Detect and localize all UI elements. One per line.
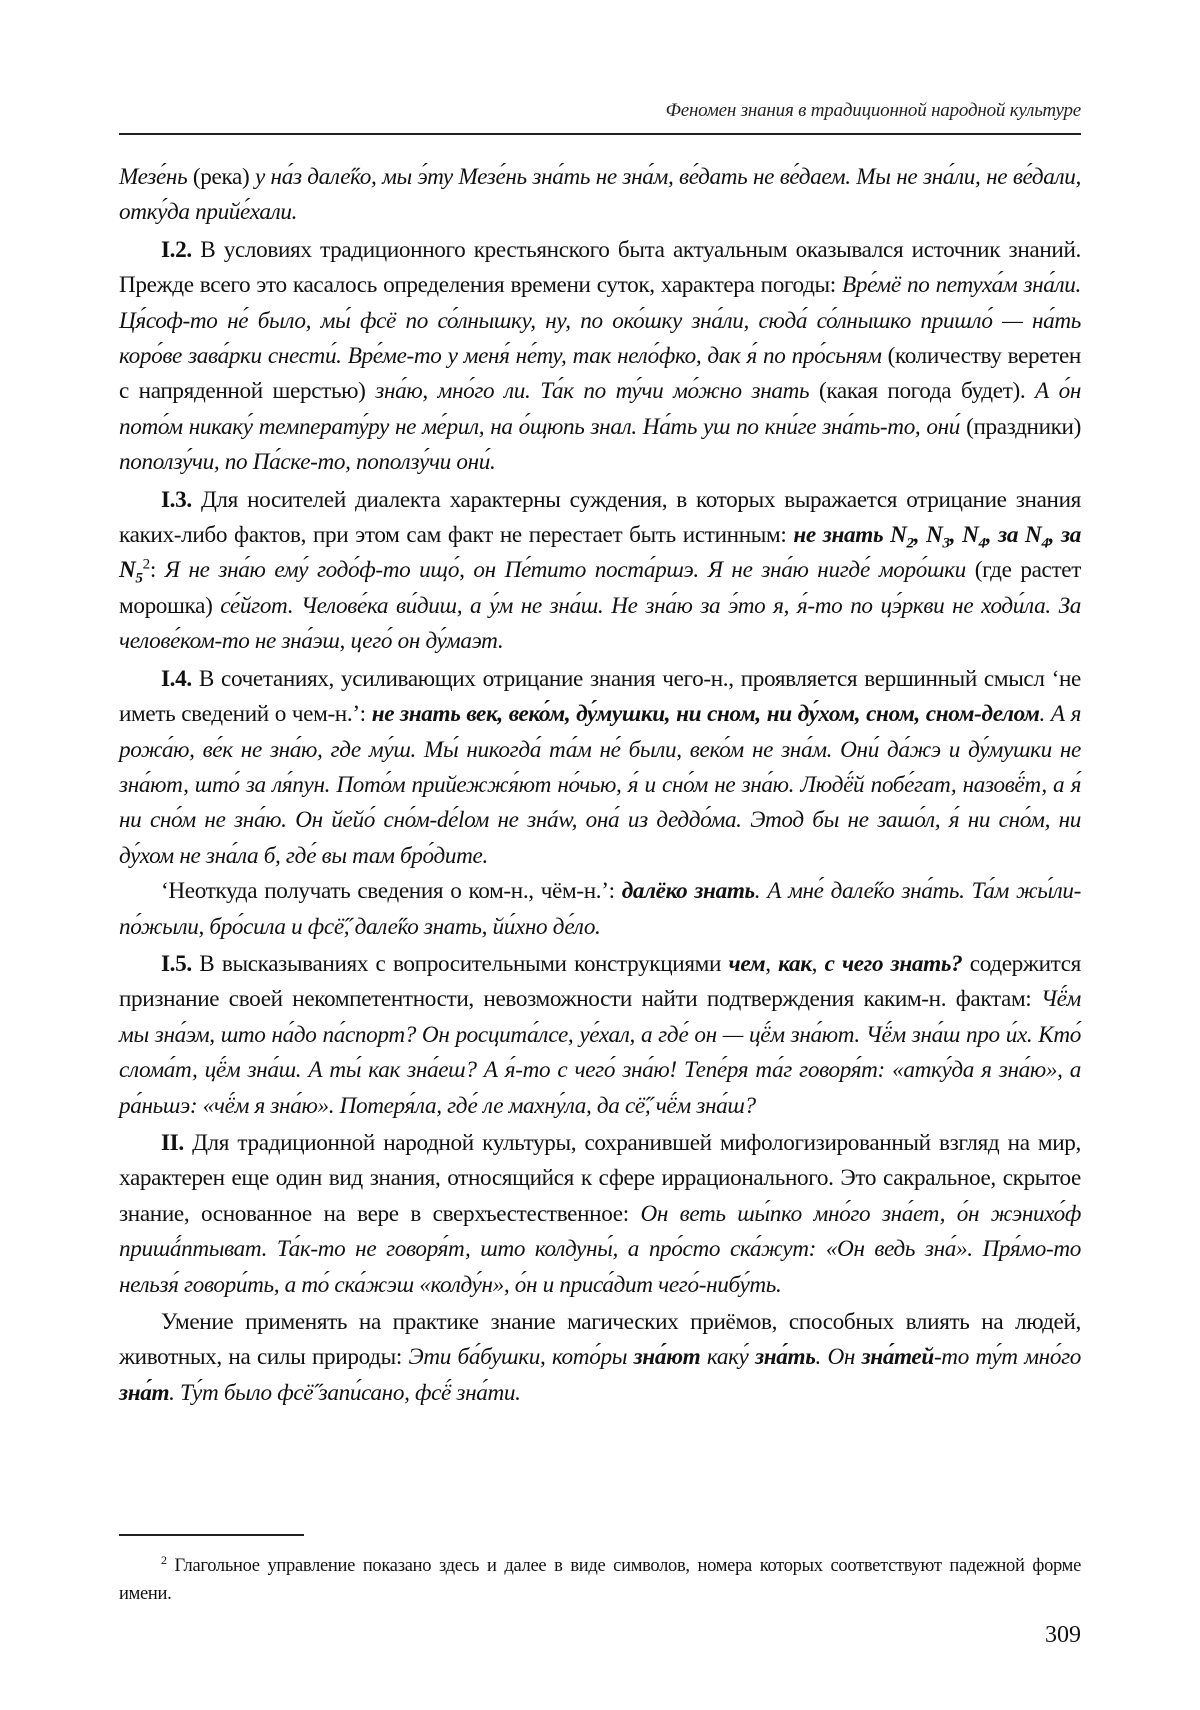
dialect-example: Я не зна́ю ему́ годо́ф-то ищо́, он Пе́ти… — [165, 557, 966, 583]
emphasis-term: далёко знать — [622, 878, 755, 904]
emphasis-term: с чего знать? — [825, 951, 963, 977]
dialect-example: у на́з дале̋ко, мы э́ту Мезе́нь зна́ть н… — [119, 164, 1081, 225]
dialect-example: . Ту́т было фсё̋ запи́сано, фсё́ зна́ти. — [169, 1380, 520, 1406]
emphasis-term: I.3. — [161, 487, 192, 513]
emphasis-term: I.5. — [161, 951, 192, 977]
text-run: , — [765, 951, 778, 977]
emphasis-term: как — [778, 951, 811, 977]
footnote-rule — [119, 1534, 304, 1536]
running-header: Феномен знания в традиционной народной к… — [666, 100, 1081, 122]
paragraph-definition: ‘Неоткуда получать сведения о ком-н., чё… — [119, 874, 1081, 945]
emphasis-term: 3 — [943, 536, 950, 552]
paragraph-section-1-3: I.3. Для носителей диалекта характерны с… — [119, 483, 1081, 660]
emphasis-term: не знать век, веко́м, ду́мушки, ни сном,… — [372, 701, 1040, 727]
dialect-example: Эти ба́бушки, кото́ры — [409, 1344, 634, 1370]
text-run: (какая погода будет). — [809, 378, 1035, 404]
dialect-example: Мезе́нь — [119, 164, 187, 190]
footnote-text: Глагольное управление показано здесь и д… — [119, 1556, 1081, 1604]
text-run: В высказываниях с вопросительными констр… — [192, 951, 729, 977]
paragraph-continuation: Мезе́нь (река) у на́з дале̋ко, мы э́ту М… — [119, 160, 1081, 231]
emphasis-term: зна́тей — [862, 1344, 934, 1370]
emphasis-term: I.4. — [161, 666, 192, 692]
dialect-example: поползу́чи, по Па́ске-то, поползу́чи они… — [119, 449, 495, 475]
paragraph-magic-skills: Умение применять на практике знание маги… — [119, 1305, 1081, 1411]
dialect-example: зна́ю, мно́го ли. Та́к по ту́чи мо́жно з… — [375, 378, 809, 404]
emphasis-term: не знать N — [793, 522, 906, 548]
emphasis-term: 4 — [979, 536, 986, 552]
emphasis-term: 4 — [1041, 536, 1048, 552]
emphasis-term: зна́ть — [755, 1344, 815, 1370]
emphasis-term: зна́ют — [634, 1344, 701, 1370]
text-run: (река) — [187, 164, 255, 190]
text-run: (праздники) — [960, 414, 1081, 440]
emphasis-term: I.2. — [161, 237, 192, 263]
emphasis-term: , N — [950, 522, 979, 548]
dialect-example: каку́ — [700, 1344, 755, 1370]
dialect-example: се́йгот. Челове́ка ви́диш, а у́м не зна́… — [119, 593, 1081, 654]
text-run: ‘Неоткуда получать сведения о ком-н., чё… — [161, 878, 622, 904]
page-number: 309 — [1045, 1622, 1081, 1649]
emphasis-term: II. — [161, 1130, 184, 1156]
emphasis-term: зна́т — [119, 1380, 169, 1406]
footnote: 2 Глагольное управление показано здесь и… — [119, 1552, 1081, 1608]
dialect-example: . Он — [815, 1344, 861, 1370]
footnote-marker: 2 — [161, 1553, 167, 1567]
paragraph-section-2: II. Для традиционной народной культуры, … — [119, 1126, 1081, 1303]
emphasis-term: 2 — [907, 536, 914, 552]
text-run: 2 — [143, 557, 150, 573]
paragraph-section-1-4: I.4. В сочетаниях, усиливающих отрицание… — [119, 662, 1081, 874]
body-text: Мезе́нь (река) у на́з дале̋ко, мы э́ту М… — [119, 160, 1081, 1411]
paragraph-section-1-2: I.2. В условиях традиционного крестьянск… — [119, 233, 1081, 481]
text-run: : — [150, 557, 165, 583]
dialect-example: -то ту́т мно́го — [934, 1344, 1081, 1370]
emphasis-term: 5 — [135, 571, 142, 587]
emphasis-term: , N — [914, 522, 943, 548]
emphasis-term: , за N — [986, 522, 1042, 548]
paragraph-section-1-5: I.5. В высказываниях с вопросительными к… — [119, 947, 1081, 1124]
emphasis-term: чем — [729, 951, 766, 977]
header-rule — [119, 133, 1081, 135]
text-run: , — [812, 951, 825, 977]
